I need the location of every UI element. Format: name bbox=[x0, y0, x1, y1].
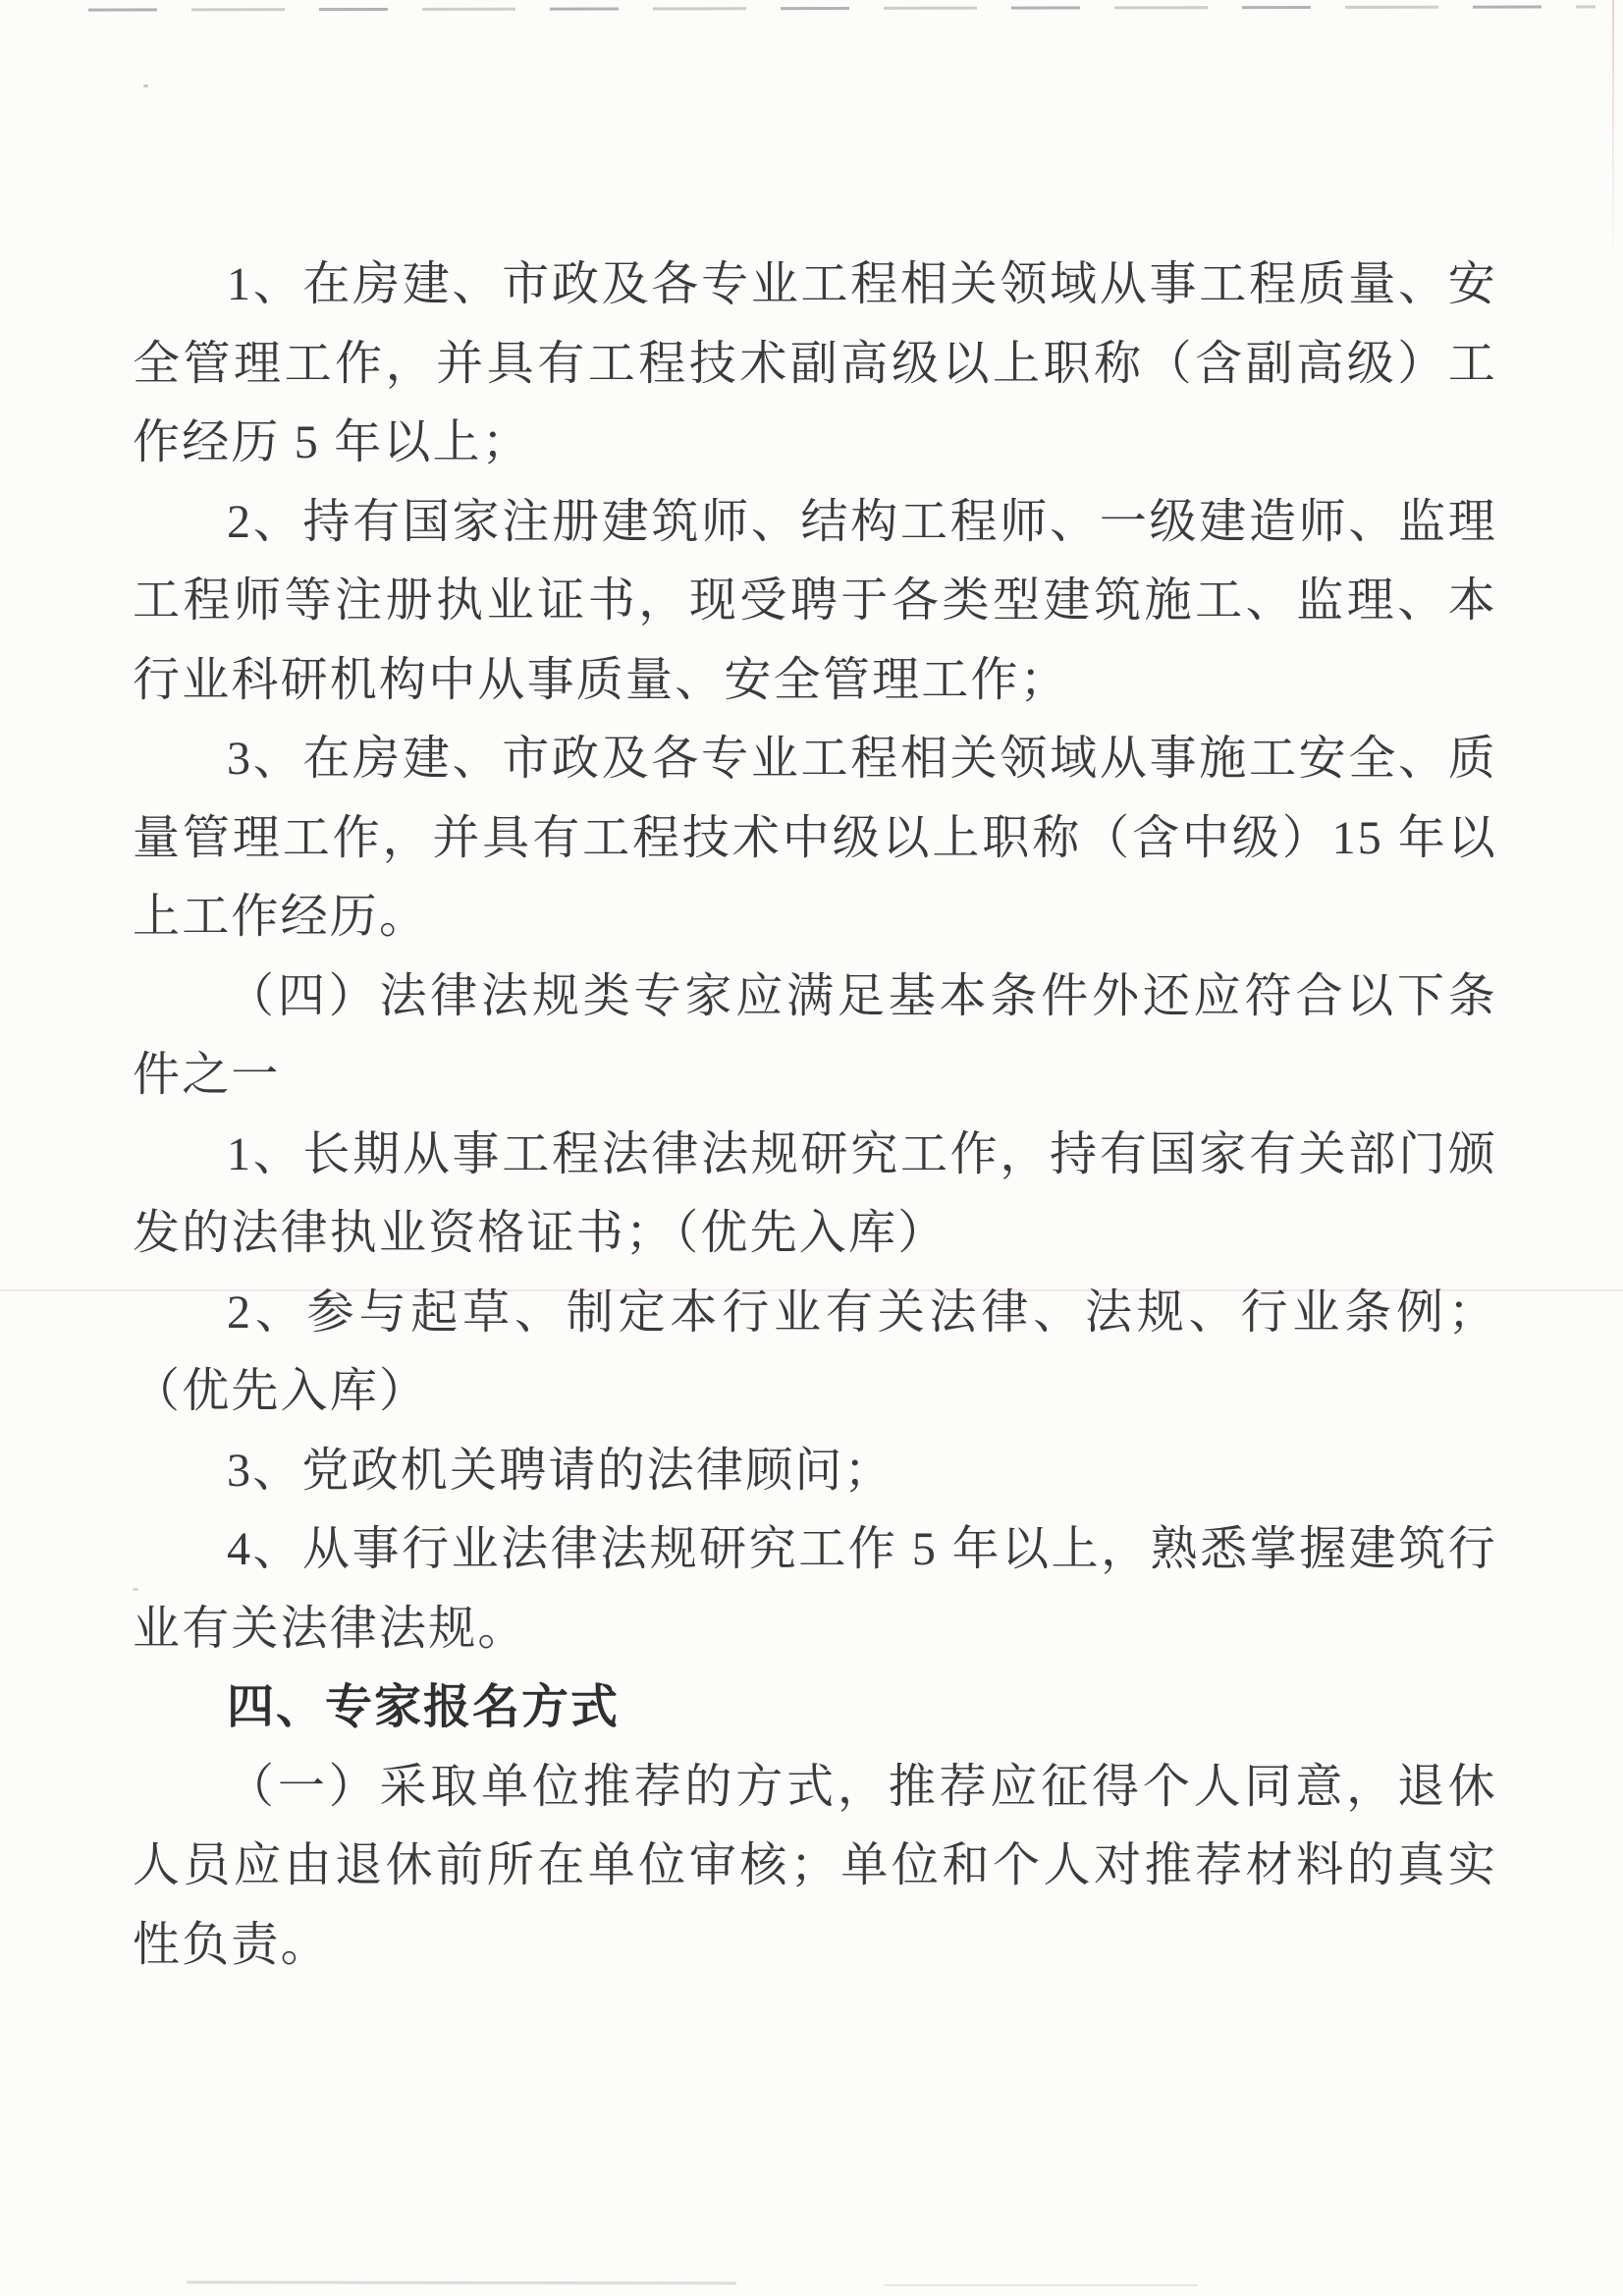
clause-legal-research-5-years: 4、从事行业法律法规研究工作 5 年以上，熟悉掌握建筑行业有关法律法规。 bbox=[133, 1510, 1497, 1668]
clause-drafting-regulations: 2、参与起草、制定本行业有关法律、法规、行业条例；（优先入库） bbox=[133, 1274, 1497, 1432]
document-body: 1、在房建、市政及各专业工程相关领域从事工程质量、安全管理工作，并具有工程技术副… bbox=[133, 246, 1497, 1985]
clause-government-legal-advisor: 3、党政机关聘请的法律顾问； bbox=[133, 1432, 1497, 1511]
clause-engineering-quality-senior-title: 1、在房建、市政及各专业工程相关领域从事工程质量、安全管理工作，并具有工程技术副… bbox=[133, 246, 1497, 483]
clause-mid-title-15-years: 3、在房建、市政及各专业工程相关领域从事施工安全、质量管理工作，并具有工程技术中… bbox=[133, 720, 1497, 957]
scanned-document-page: 1、在房建、市政及各专业工程相关领域从事工程质量、安全管理工作，并具有工程技术副… bbox=[0, 0, 1623, 2296]
clause-legal-experts-intro: （四）法律法规类专家应满足基本条件外还应符合以下条件之一 bbox=[133, 957, 1497, 1116]
clause-legal-research-certificate: 1、长期从事工程法律法规研究工作，持有国家有关部门颁发的法律执业资格证书；（优先… bbox=[133, 1116, 1497, 1274]
section-heading-registration-method: 四、专家报名方式 bbox=[133, 1668, 1497, 1748]
scan-artifact-right-edge bbox=[1612, 0, 1614, 265]
clause-unit-recommendation: （一）采取单位推荐的方式，推荐应征得个人同意，退休人员应由退休前所在单位审核；单… bbox=[133, 1748, 1497, 1986]
scan-artifact-bottom-streak bbox=[187, 2281, 736, 2285]
clause-registered-certificates: 2、持有国家注册建筑师、结构工程师、一级建造师、监理工程师等注册执业证书，现受聘… bbox=[133, 483, 1497, 721]
scan-artifact-bottom-streak bbox=[884, 2284, 1198, 2286]
scan-artifact-top-line bbox=[88, 5, 1596, 11]
scan-artifact-speck bbox=[143, 84, 148, 87]
